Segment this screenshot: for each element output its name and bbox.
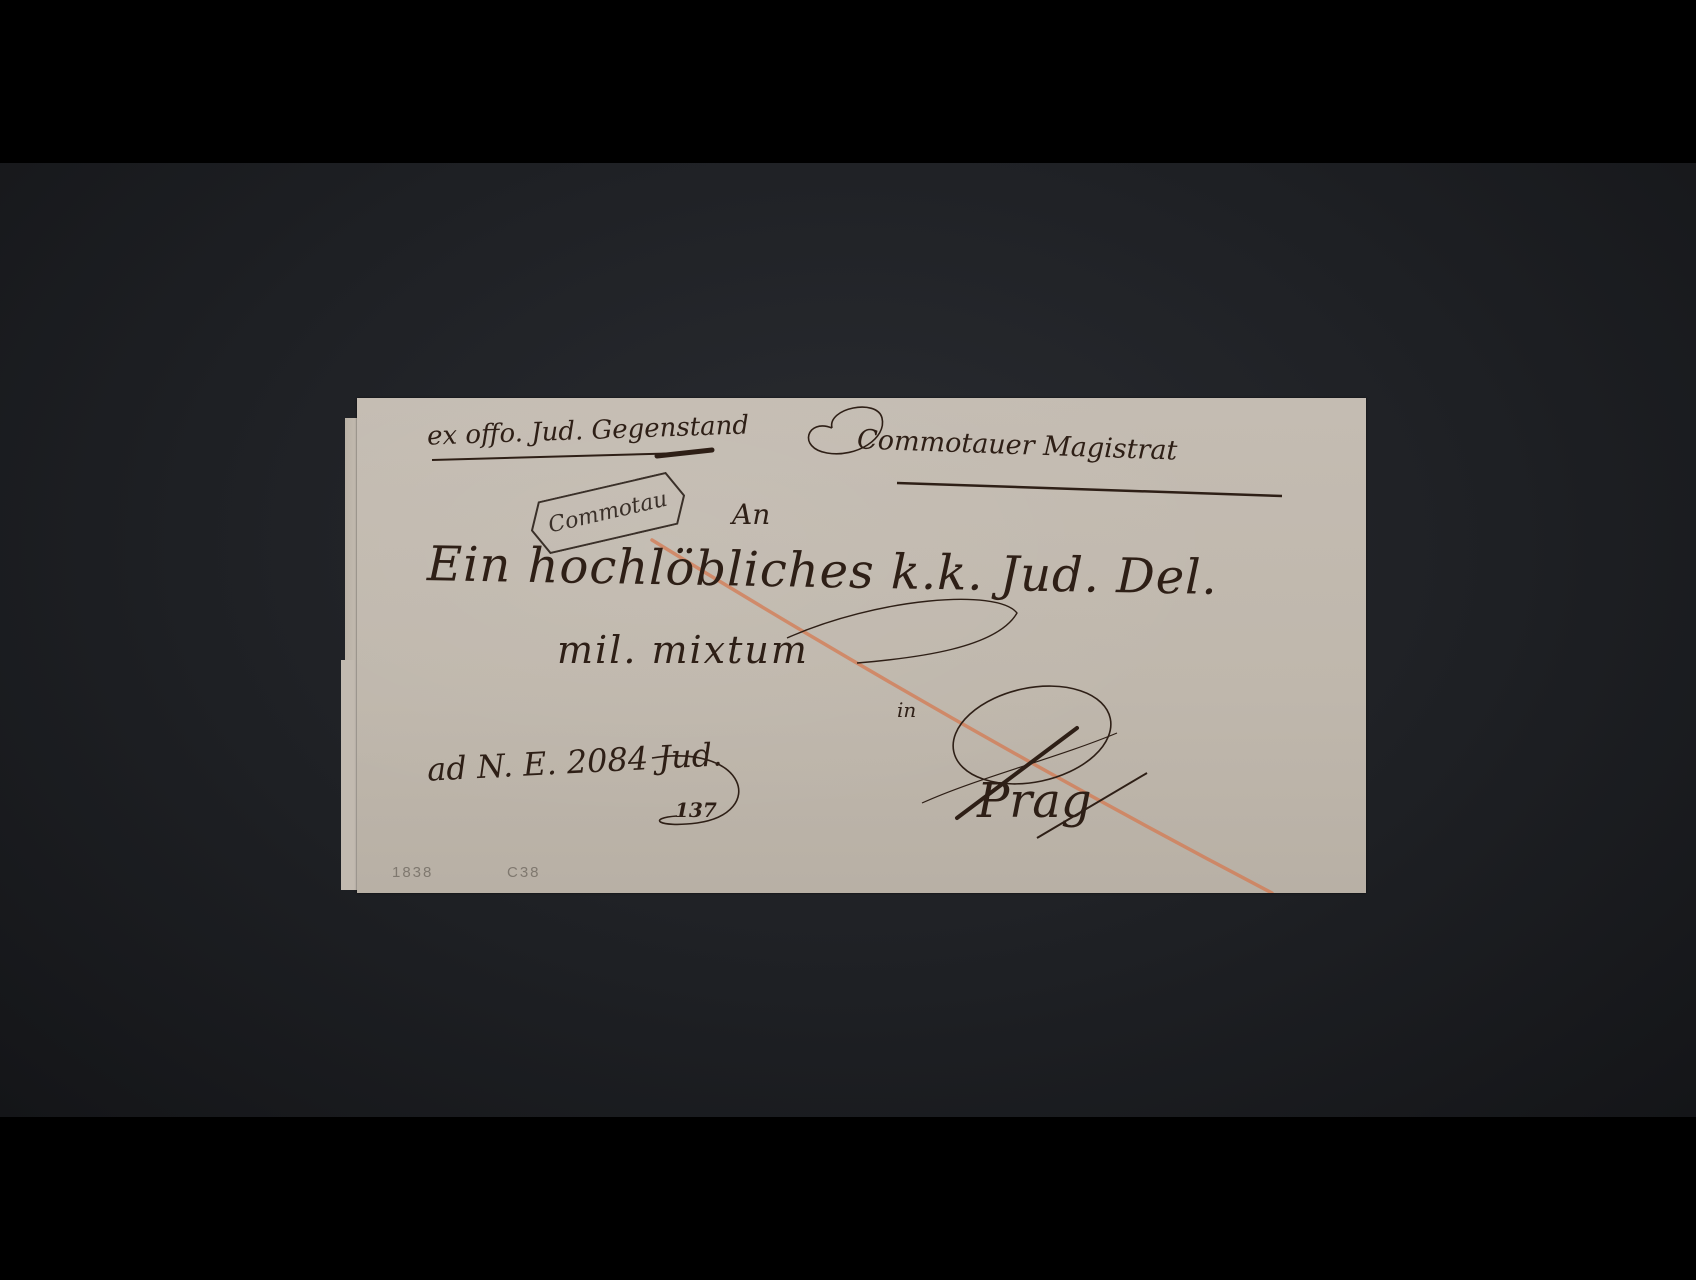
pencil-note-catalog: C38 (507, 864, 541, 881)
address-to: An (732, 498, 770, 531)
pencil-note-year: 1838 (392, 864, 433, 881)
address-line2: mil. mixtum (557, 628, 809, 672)
reference-number: 137 (675, 798, 717, 822)
letter-cover: Commotau ex offo. Jud. Gegenstand Commot… (357, 398, 1366, 893)
address-city: Prag (977, 773, 1092, 829)
ink-strokes (357, 398, 1366, 893)
address-in: in (897, 698, 916, 722)
